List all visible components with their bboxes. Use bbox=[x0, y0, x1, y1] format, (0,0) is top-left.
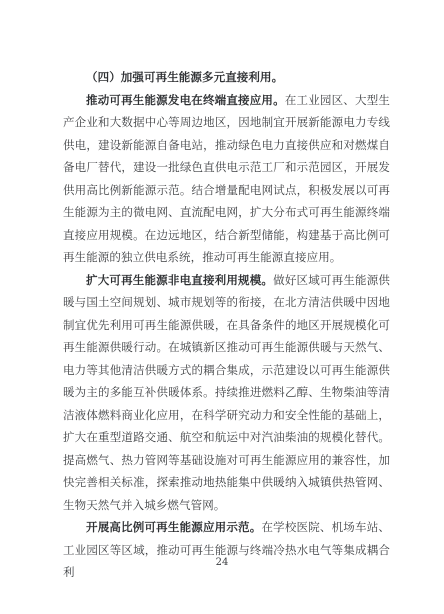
paragraph: 推动可再生能源发电在终端直接应用。在工业园区、大型生产企业和大数据中心等周边地区… bbox=[63, 89, 390, 269]
paragraph-body: 做好区域可再生能源供暖与国土空间规划、城市规划等的衔接，在北方清洁供暖中因地制宜… bbox=[63, 273, 390, 512]
paragraph: 开展高比例可再生能源应用示范。在学校医院、机场车站、工业园区等区域，推动可再生能… bbox=[63, 516, 390, 584]
paragraph-lead: 扩大可再生能源非电直接利用规模。 bbox=[86, 273, 273, 287]
page-number: 24 bbox=[0, 557, 444, 568]
document-page: （四）加强可再生能源多元直接利用。 推动可再生能源发电在终端直接应用。在工业园区… bbox=[0, 0, 444, 614]
paragraph-lead: 开展高比例可再生能源应用示范。 bbox=[86, 520, 261, 534]
paragraph: 扩大可再生能源非电直接利用规模。做好区域可再生能源供暖与国土空间规划、城市规划等… bbox=[63, 269, 390, 517]
document-text-block: （四）加强可再生能源多元直接利用。 推动可再生能源发电在终端直接应用。在工业园区… bbox=[63, 66, 390, 584]
paragraph-body: 在工业园区、大型生产企业和大数据中心等周边地区，因地制宜开展新能源电力专线供电，… bbox=[63, 93, 390, 265]
section-heading: （四）加强可再生能源多元直接利用。 bbox=[63, 66, 390, 89]
paragraph-lead: 推动可再生能源发电在终端直接应用。 bbox=[86, 93, 285, 107]
